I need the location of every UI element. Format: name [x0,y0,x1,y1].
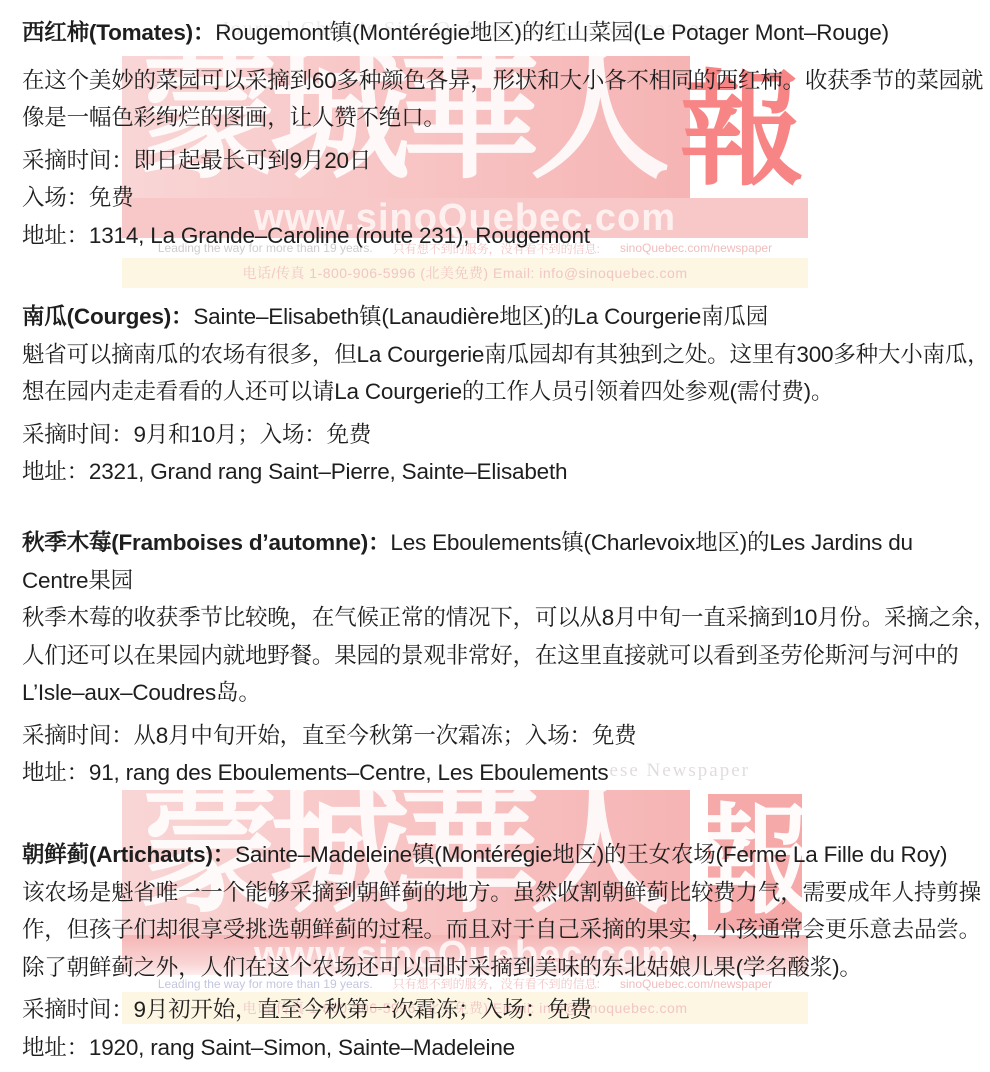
picking-time-line: 采摘时间：9月和10月；入场：免费 [22,416,990,454]
text-line: 魁省可以摘南瓜的农场有很多，但La Courgerie南瓜园却有其独到之处。这里… [22,336,990,374]
text-line: 秋季木莓的收获季节比较晚，在气候正常的情况下，可以从8月中旬一直采摘到10月份。… [22,599,990,637]
text-line: 想在园内走走看看的人还可以请La Courgerie的工作人员引领着四处参观(需… [22,373,990,411]
section-heading: 秋季木莓(Framboises d’automne)：Les Eboulemen… [22,524,990,562]
heading-rest: Les Eboulements镇(Charlevoix地区)的Les Jardi… [390,530,912,555]
picking-time-line: 采摘时间：9月初开始，直至今秋第一次霜冻；入场：免费 [22,991,990,1029]
heading-rest: Sainte–Elisabeth镇(Lanaudière地区)的La Courg… [193,304,768,329]
heading-bold: 南瓜(Courges)： [22,304,193,329]
text-line: 作，但孩子们却很享受挑选朝鲜蓟的过程。而且对于自己采摘的果实，小孩通常会更乐意去… [22,911,990,949]
heading-rest: Sainte–Madeleine镇(Montérégie地区)的王女农场(Fer… [235,842,947,867]
text-line: 像是一幅色彩绚烂的图画，让人赞不绝口。 [22,99,990,137]
address-line: 地址：1314, La Grande–Caroline (route 231),… [22,217,990,255]
section-pumpkins: 南瓜(Courges)：Sainte–Elisabeth镇(Lanaudière… [0,298,990,491]
heading-wrap-line: Centre果园 [22,562,990,600]
picking-time-line: 采摘时间：即日起最长可到9月20日 [22,142,990,180]
heading-bold: 西红柿(Tomates)： [22,20,215,45]
text-line: L’Isle–aux–Coudres岛。 [22,674,990,712]
text-line: 人们还可以在果园内就地野餐。果园的景观非常好，在这里直接就可以看到圣劳伦斯河与河… [22,637,990,675]
section-heading: 西红柿(Tomates)：Rougemont镇(Montérégie地区)的红山… [22,14,990,52]
address-line: 地址：91, rang des Eboulements–Centre, Les … [22,754,990,792]
admission-line: 入场：免费 [22,179,990,217]
picking-time-line: 采摘时间：从8月中旬开始，直至今秋第一次霜冻；入场：免费 [22,717,990,755]
text-line: 该农场是魁省唯一一个能够采摘到朝鲜蓟的地方。虽然收割朝鲜蓟比较费力气，需要成年人… [22,874,990,912]
address-line: 地址：2321, Grand rang Saint–Pierre, Sainte… [22,453,990,491]
section-heading: 南瓜(Courges)：Sainte–Elisabeth镇(Lanaudière… [22,298,990,336]
section-artichokes: 朝鲜蓟(Artichauts)：Sainte–Madeleine镇(Montér… [0,836,990,1066]
address-line: 地址：1920, rang Saint–Simon, Sainte–Madele… [22,1029,990,1067]
text-line: 除了朝鲜蓟之外，人们在这个农场还可以同时采摘到美味的东北姑娘儿果(学名酸浆)。 [22,949,990,987]
watermark-contact-strip: 电话/传真 1-800-906-5996 (北美免费) Email: info@… [122,258,808,288]
section-fall-raspberries: 秋季木莓(Framboises d’automne)：Les Eboulemen… [0,524,990,792]
heading-rest: Rougemont镇(Montérégie地区)的红山菜园(Le Potager… [215,20,889,45]
heading-bold: 秋季木莓(Framboises d’automne)： [22,530,390,555]
text-line: 在这个美妙的菜园可以采摘到60多种颜色各异，形状和大小各不相同的西红柿。收获季节… [22,62,990,100]
section-tomatoes: 西红柿(Tomates)：Rougemont镇(Montérégie地区)的红山… [0,14,990,254]
heading-bold: 朝鲜蓟(Artichauts)： [22,842,235,867]
section-heading: 朝鲜蓟(Artichauts)：Sainte–Madeleine镇(Montér… [22,836,990,874]
article-page: { "document": { "sections": [ { "name": … [0,0,990,1072]
